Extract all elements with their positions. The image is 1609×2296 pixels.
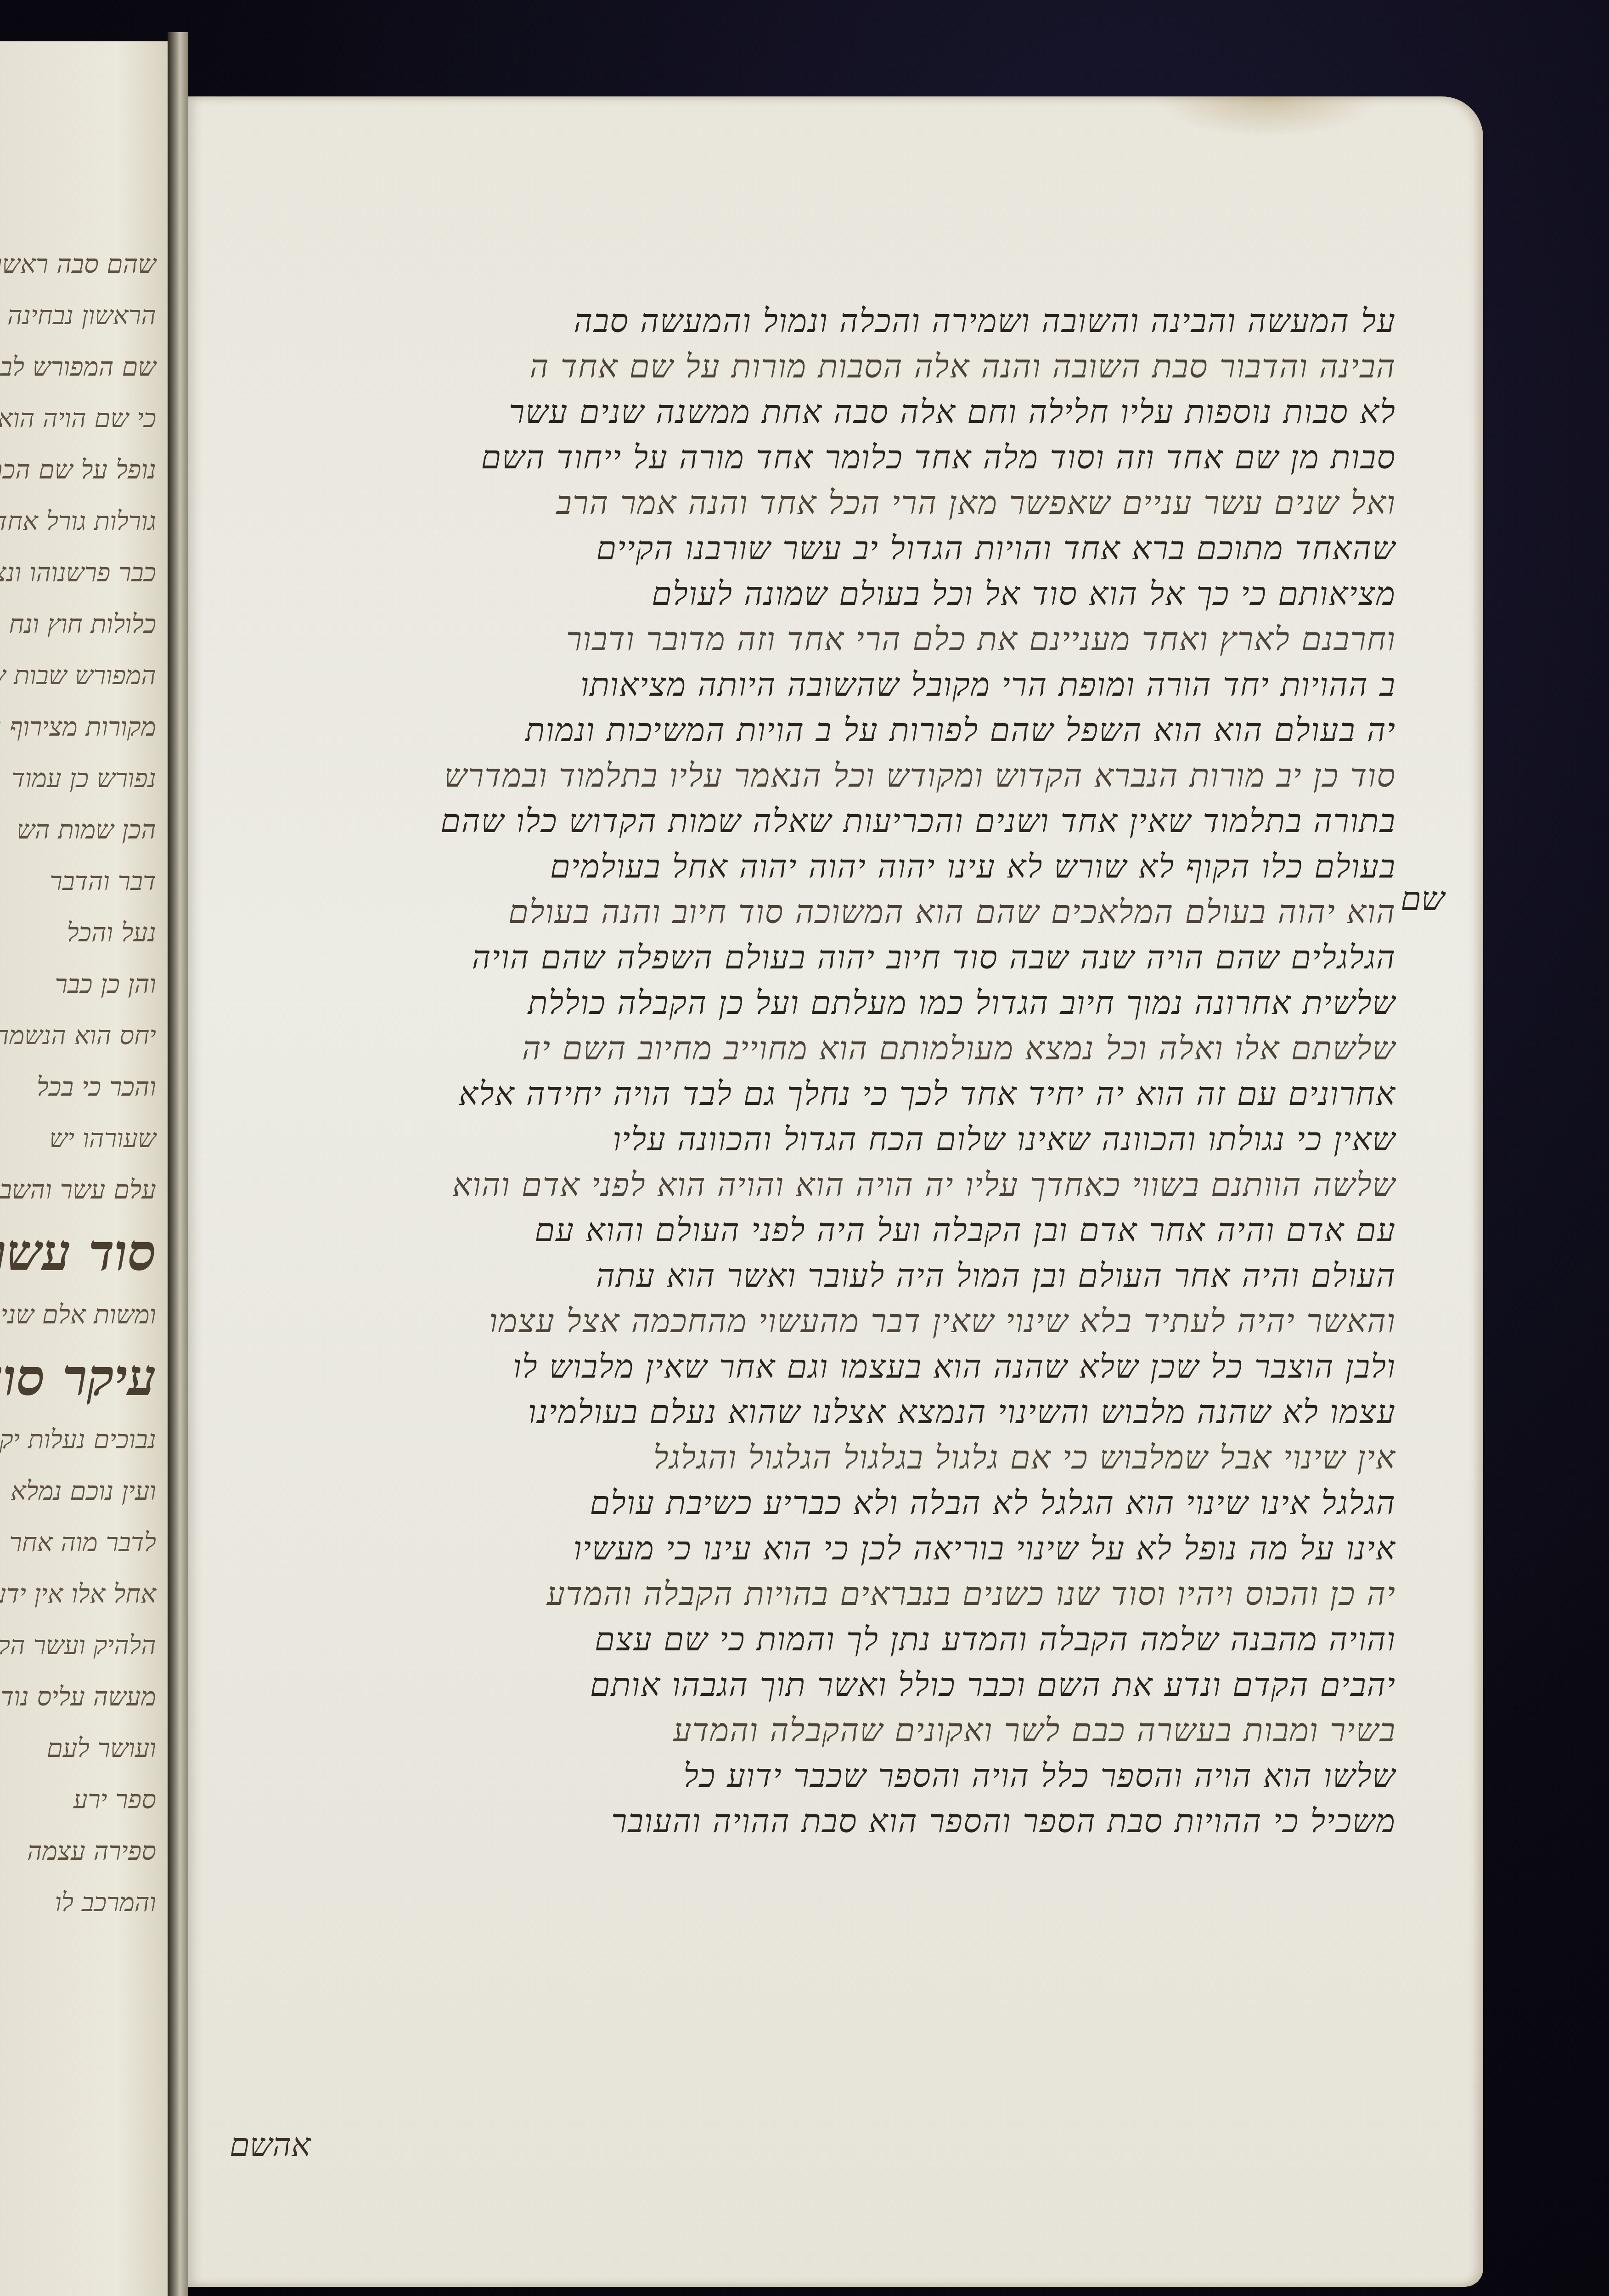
catchword: אהשם bbox=[230, 2126, 310, 2164]
left-page-line: נעל והכל bbox=[0, 907, 156, 959]
left-facing-page: שהם סבה ראשונההראשון נבחינה עצמושם המפור… bbox=[0, 41, 168, 2296]
manuscript-line: ואל שנים עשר עניים שאפשר מאן הרי הכל אחד… bbox=[230, 480, 1396, 526]
left-page-heading: סוד עשר bbox=[0, 1216, 156, 1289]
manuscript-line: שלשו הוא הויה והספר כלל הויה והספר שכבר … bbox=[230, 1753, 1396, 1799]
manuscript-line: יה כן והכוס ויהיו וסוד שנו כשנים בנבראים… bbox=[230, 1571, 1396, 1617]
manuscript-line: וחרבנם לארץ ואחד מעניינם את כלם הרי אחד … bbox=[230, 617, 1396, 662]
left-page-line: נבוכים נעלות יק bbox=[0, 1414, 156, 1466]
manuscript-line: עצמו לא שהנה מלבוש והשינוי הנמצא אצלנו ש… bbox=[230, 1390, 1396, 1435]
manuscript-line: משכיל כי ההויות סבת הספר והספר הוא סבת ה… bbox=[230, 1799, 1396, 1844]
left-page-heading: עיקר סוד bbox=[0, 1341, 156, 1414]
left-page-line: שם המפורש לבעיד ש bbox=[0, 342, 156, 393]
left-page-line: כלולות חוץ ונח ונקש bbox=[0, 599, 156, 650]
left-page-line: שעורהו יש bbox=[0, 1113, 156, 1165]
manuscript-line: שלשית אחרונה נמוך חיוב הגדול כמו מעלתם ו… bbox=[230, 980, 1396, 1026]
left-page-line: ומשות אלם שני bbox=[0, 1289, 156, 1341]
left-page-line: מקורות מצירוף ה bbox=[0, 702, 156, 753]
manuscript-line: ב ההויות יחד הורה ומופת הרי מקובל שהשובה… bbox=[230, 662, 1396, 708]
manuscript-line: והאשר יהיה לעתיד בלא שינוי שאין דבר מהעש… bbox=[230, 1299, 1396, 1344]
left-page-line: יחס הוא הנשמה bbox=[0, 1010, 156, 1062]
left-page-line: נפורש כן עמוד bbox=[0, 753, 156, 805]
manuscript-line: על המעשה והבינה והשובה ושמירה והכלה ונמו… bbox=[230, 298, 1396, 344]
left-page-line: המפורש שבות שם bbox=[0, 650, 156, 702]
manuscript-line: בשיר ומבות בעשרה כבם לשר ואקונים שהקבלה … bbox=[230, 1708, 1396, 1753]
manuscript-line: אחרונים עם זה הוא יה יחיד אחד לכך כי נחל… bbox=[230, 1071, 1396, 1117]
left-page-line: הלהיק ועשר הקד bbox=[0, 1620, 156, 1671]
manuscript-line: הוא יהוה בעולם המלאכים שהם הוא המשוכה סו… bbox=[230, 889, 1396, 935]
left-page-line: ועין נוכם נמלא bbox=[0, 1466, 156, 1517]
left-page-line: הראשון נבחינה עצמו bbox=[0, 290, 156, 342]
manuscript-line: אינו על מה נופל לא על שינוי בוריאה לכן כ… bbox=[230, 1526, 1396, 1571]
left-page-line: מעשה עליס נוד bbox=[0, 1671, 156, 1723]
manuscript-line: הגלגל אינו שינוי הוא הגלגל לא הבלה ולא כ… bbox=[230, 1480, 1396, 1526]
main-manuscript-page: על המעשה והבינה והשובה ושמירה והכלה ונמו… bbox=[188, 96, 1483, 2287]
left-page-line: כי שם הויה הוא השם bbox=[0, 393, 156, 445]
manuscript-line: עם אדם והיה אחר אדם ובן הקבלה ועל היה לפ… bbox=[230, 1208, 1396, 1253]
left-page-line: הכן שמות הש bbox=[0, 805, 156, 856]
manuscript-line: שלשתם אלו ואלה וכל נמצא מעולמותם הוא מחו… bbox=[230, 1026, 1396, 1071]
manuscript-line: אין שינוי אבל שמלבוש כי אם גלגול בגלגול … bbox=[230, 1435, 1396, 1480]
manuscript-line: הגלגלים שהם הויה שנה שבה סוד חיוב יהוה ב… bbox=[230, 935, 1396, 980]
left-page-line: לדבר מוה אחר bbox=[0, 1517, 156, 1569]
manuscript-line: בעולם כלו הקוף לא שורש לא עינו יהוה יהוה… bbox=[230, 844, 1396, 889]
left-page-line: אחל אלו אין ידע bbox=[0, 1569, 156, 1620]
manuscript-line: מציאותם כי כך אל הוא סוד אל וכל בעולם שמ… bbox=[230, 571, 1396, 617]
manuscript-line: שהאחד מתוכם ברא אחד והויות הגדול יב עשר … bbox=[230, 526, 1396, 571]
left-page-line: עלם עשר והשבר bbox=[0, 1165, 156, 1216]
left-page-line: והכר כי בכל bbox=[0, 1062, 156, 1113]
manuscript-line: והויה מהבנה שלמה הקבלה והמדע נתן לך והמו… bbox=[230, 1617, 1396, 1662]
manuscript-line: ולבן הוצבר כל שכן שלא שהנה הוא בעצמו וגם… bbox=[230, 1344, 1396, 1390]
left-page-line: שהם סבה ראשונה bbox=[0, 239, 156, 290]
manuscript-line: סוד כן יב מורות הנברא הקדוש ומקודש וכל ה… bbox=[230, 753, 1396, 799]
book-gutter bbox=[168, 32, 188, 2296]
manuscript-line: בתורה בתלמוד שאין אחד ושנים והכריעות שאל… bbox=[230, 799, 1396, 844]
margin-note: שם bbox=[1401, 879, 1445, 918]
left-page-line: והמרכב לו bbox=[0, 1877, 156, 1929]
left-page-line: ספירה עצמה bbox=[0, 1826, 156, 1877]
manuscript-line: שאין כי נגולתו והכוונה שאינו שלום הכח הג… bbox=[230, 1117, 1396, 1162]
manuscript-line: יה בעולם הוא הוא השפל שהם לפורות על ב הו… bbox=[230, 708, 1396, 753]
manuscript-line: סבות מן שם אחד וזה וסוד מלה אחד כלומר אח… bbox=[230, 435, 1396, 480]
water-stain bbox=[1153, 96, 1382, 138]
left-page-line: והן כן כבר bbox=[0, 959, 156, 1010]
left-page-line: גורלות גורל אחד bbox=[0, 496, 156, 547]
left-page-text: שהם סבה ראשונההראשון נבחינה עצמושם המפור… bbox=[0, 239, 156, 1929]
manuscript-line: הבינה והדבור סבת השובה והנה אלה הסבות מו… bbox=[230, 344, 1396, 389]
left-page-line: נופל על שם הכתר bbox=[0, 445, 156, 496]
manuscript-line: שלשה הוותנם בשווי כאחדך עליו יה הויה הוא… bbox=[230, 1162, 1396, 1208]
main-text-block: על המעשה והבינה והשובה ושמירה והכלה ונמו… bbox=[230, 298, 1396, 1844]
manuscript-line: העולם והיה אחר העולם ובן המול היה לעובר … bbox=[230, 1253, 1396, 1299]
left-page-line: ספר ירע bbox=[0, 1774, 156, 1826]
left-page-line: ועושר לעם bbox=[0, 1723, 156, 1774]
left-page-line: דבר והדבר bbox=[0, 856, 156, 907]
manuscript-line: לא סבות נוספות עליו חלילה וחם אלה סבה אח… bbox=[230, 389, 1396, 435]
manuscript-line: יהבים הקדם ונדע את השם וכבר כולל ואשר תו… bbox=[230, 1662, 1396, 1708]
left-page-line: כבר פרשנוהו ונצבות bbox=[0, 547, 156, 599]
